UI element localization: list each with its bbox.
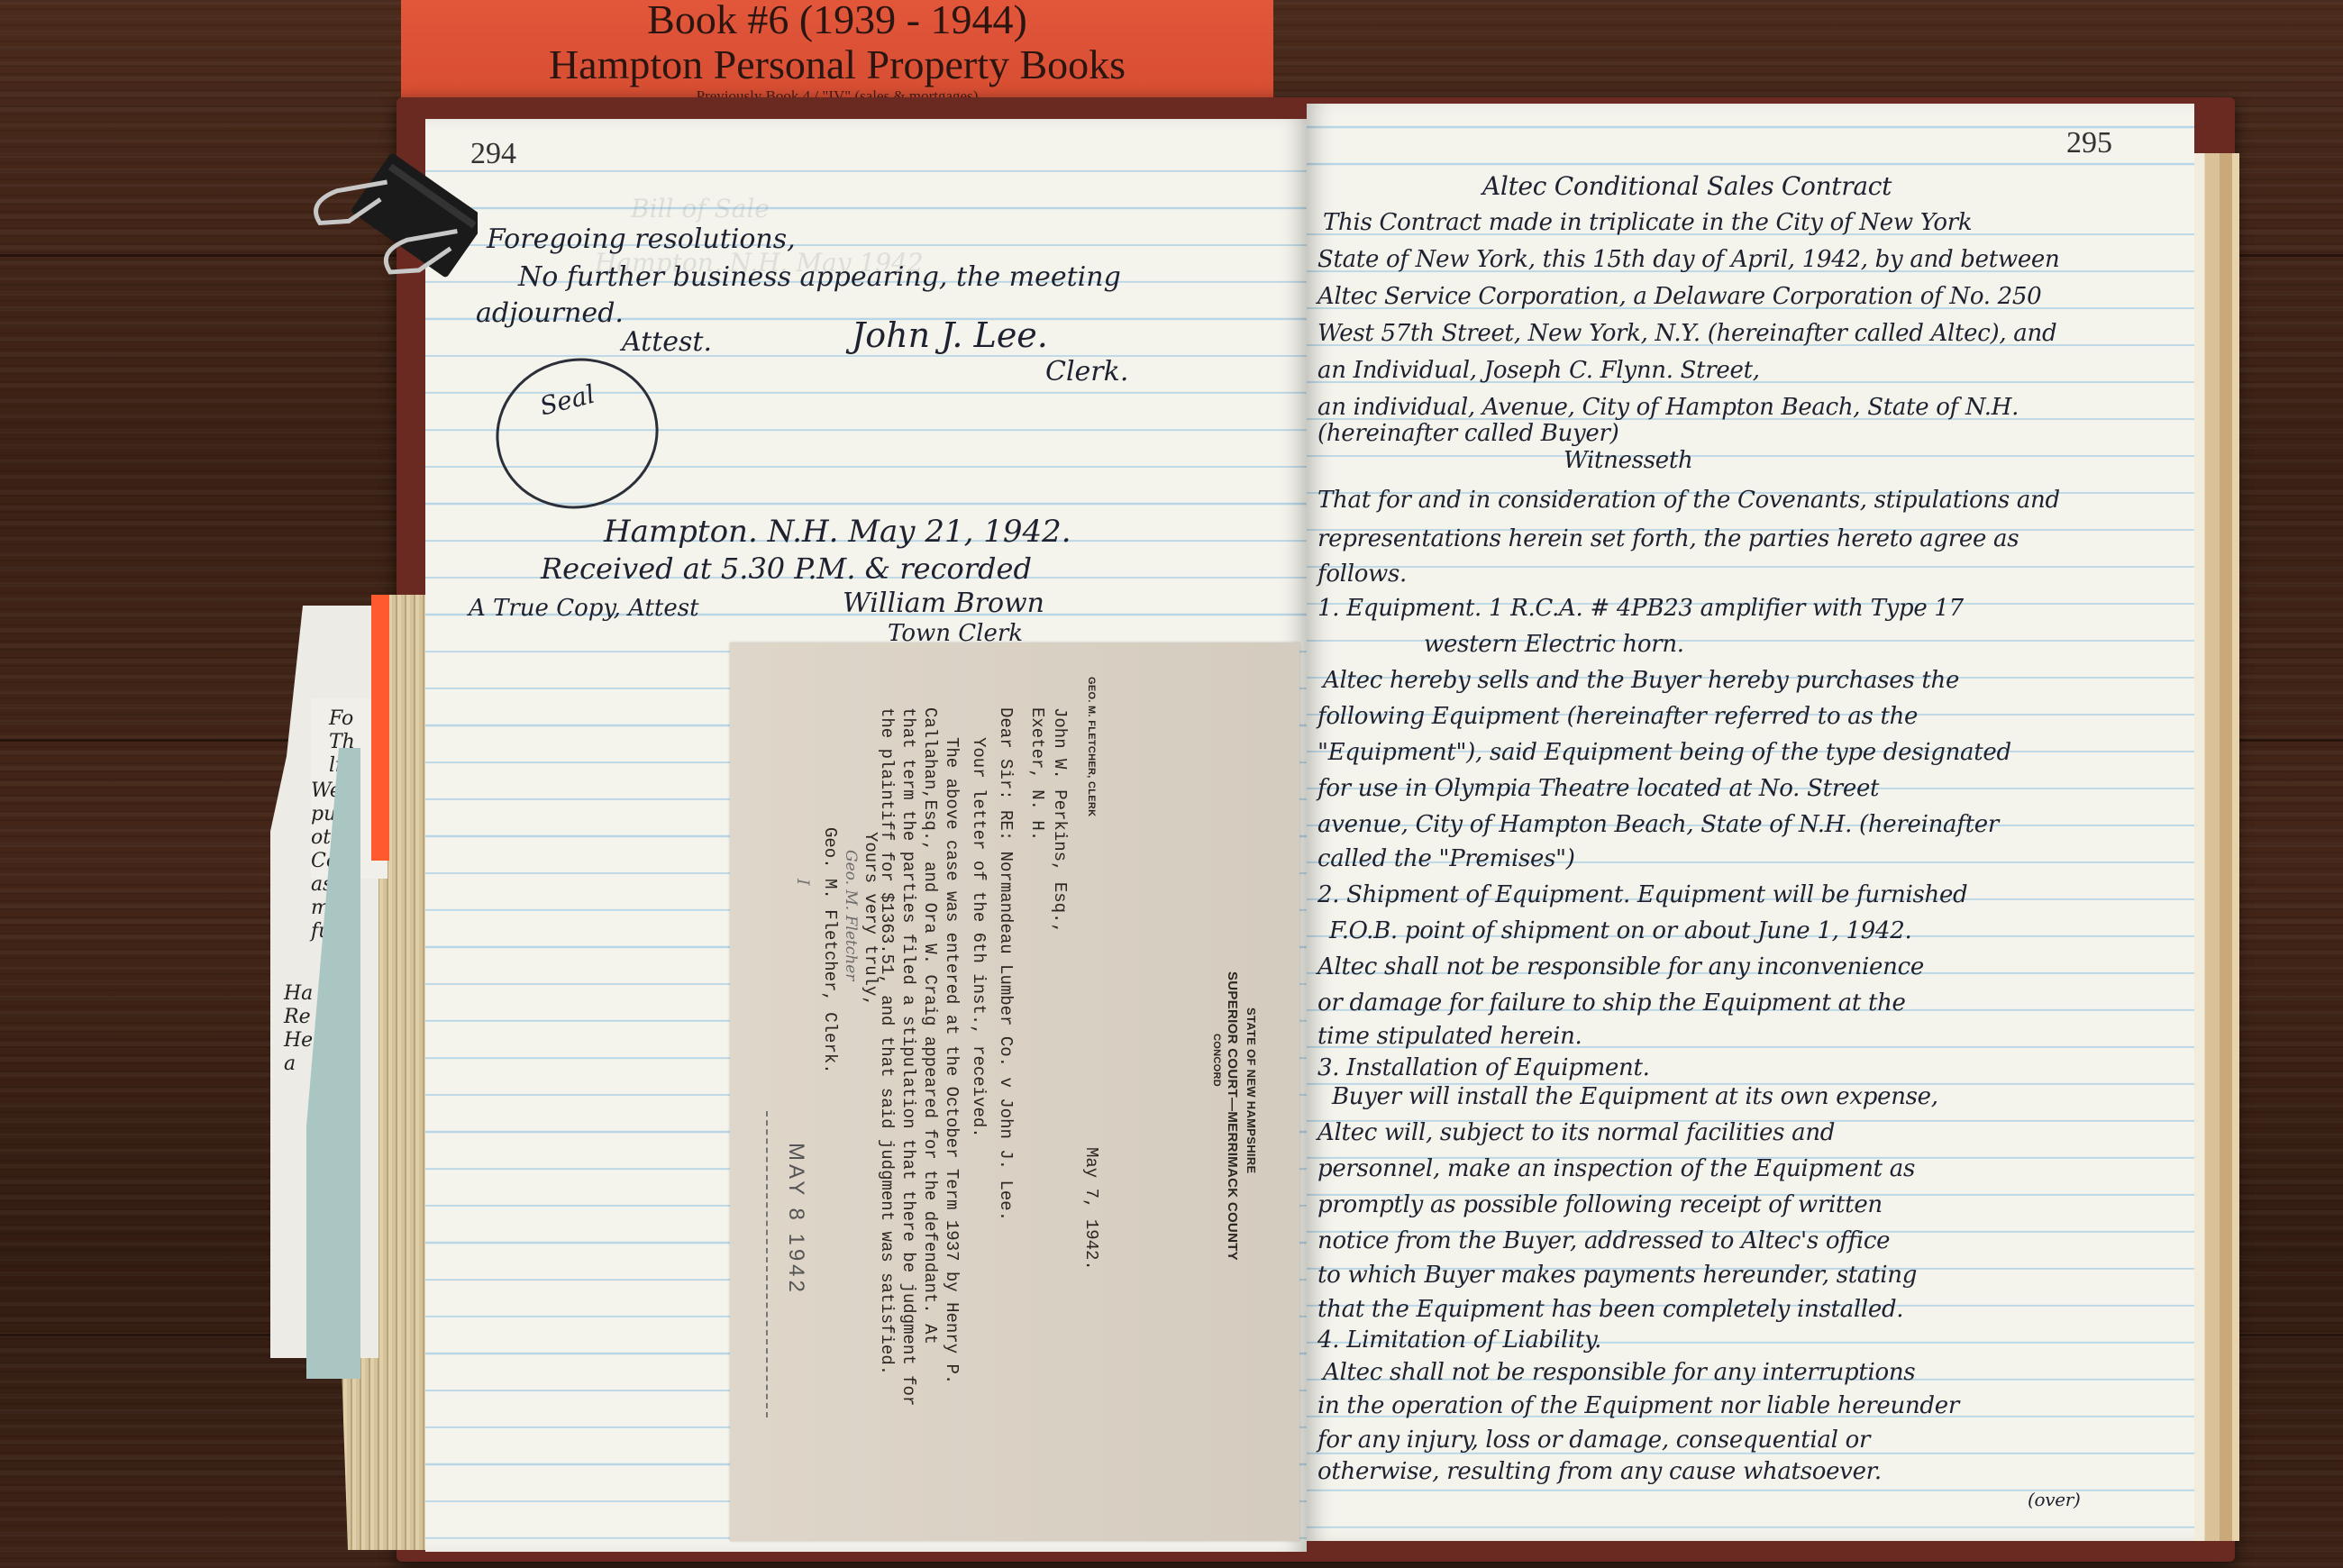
- contract-line: an individual, Avenue, City of Hampton B…: [1317, 394, 2019, 421]
- contract-line: Altec hereby sells and the Buyer hereby …: [1323, 667, 1959, 694]
- contract-line: "Equipment"), said Equipment being of th…: [1317, 739, 2011, 766]
- contract-line: avenue, City of Hampton Beach, State of …: [1317, 811, 1999, 838]
- clerk-signature: John J. Lee.: [852, 315, 1048, 355]
- recording-signature: William Brown: [843, 588, 1044, 619]
- contract-line: personnel, make an inspection of the Equ…: [1317, 1155, 1915, 1182]
- contract-line: West 57th Street, New York, N.Y. (herein…: [1317, 320, 2056, 347]
- contract-line: otherwise, resulting from any cause what…: [1317, 1458, 1882, 1485]
- letter-initial: I: [793, 879, 813, 886]
- handwritten-line: Foregoing resolutions,: [487, 223, 796, 255]
- contract-line: (hereinafter called Buyer): [1317, 420, 1619, 447]
- page-edges-right: [2190, 153, 2239, 1541]
- typed-court-letter: STATE OF NEW HAMPSHIRE SUPERIOR COURT—ME…: [730, 643, 1299, 1541]
- handwritten-line: Attest.: [622, 326, 712, 358]
- letter-body-line: The above case was entered at the Octobe…: [942, 737, 962, 1384]
- contract-section-installation: 3. Installation of Equipment.: [1317, 1054, 1650, 1081]
- recording-line: A True Copy, Attest: [469, 595, 699, 622]
- contract-title: Altec Conditional Sales Contract: [1482, 171, 1892, 201]
- page-number-right: 295: [2066, 126, 2112, 160]
- letter-body-line: that term the parties filed a stipulatio…: [898, 707, 918, 1406]
- contract-line: following Equipment (hereinafter referre…: [1317, 703, 1918, 730]
- orange-divider-strip: [371, 595, 389, 861]
- contract-line: to which Buyer makes payments hereunder,…: [1317, 1262, 1917, 1289]
- contract-line: Altec will, subject to its normal facili…: [1317, 1119, 1835, 1146]
- letter-body-line: Your letter of the 6th inst., received.: [969, 737, 989, 1138]
- letter-body-line: the plaintiff for $1363.51, and that sai…: [877, 707, 897, 1375]
- contract-section-liability: 4. Limitation of Liability.: [1317, 1326, 1601, 1354]
- seal-text: Seal: [537, 379, 598, 422]
- contract-line: that the Equipment has been completely i…: [1317, 1296, 1903, 1323]
- letter-address: Exeter, N. H.: [1027, 707, 1047, 841]
- contract-line: follows.: [1317, 561, 1407, 588]
- contract-line: notice from the Buyer, addressed to Alte…: [1317, 1227, 1890, 1254]
- letter-header-city: CONCORD: [1211, 1034, 1222, 1087]
- contract-line: Buyer will install the Equipment at its …: [1332, 1083, 1938, 1110]
- handwritten-line: No further business appearing, the meeti…: [518, 261, 1121, 293]
- letter-salutation: Dear Sir: RE: Normandeau Lumber Co. v Jo…: [996, 707, 1016, 1221]
- recording-line: Hampton. N.H. May 21, 1942.: [604, 514, 1071, 550]
- letter-addressee: John W. Perkins, Esq.,: [1050, 707, 1070, 934]
- letter-clerk-line: GEO. M. FLETCHER, CLERK: [1086, 677, 1097, 816]
- letter-header-court: SUPERIOR COURT—MERRIMACK COUNTY: [1225, 971, 1240, 1261]
- contract-section-shipment: 2. Shipment of Equipment. Equipment will…: [1317, 881, 1967, 908]
- contract-line: State of New York, this 15th day of Apri…: [1317, 246, 2059, 273]
- received-date-stamp: MAY 8 1942: [783, 1143, 808, 1296]
- letter-signature-typed: Geo. M. Fletcher, Clerk.: [820, 827, 840, 1074]
- contract-line: F.O.B. point of shipment on or about Jun…: [1329, 917, 1911, 944]
- contract-line: Altec shall not be responsible for any i…: [1323, 1359, 1915, 1386]
- contract-witnesseth: Witnesseth: [1564, 447, 1692, 474]
- handwritten-line: adjourned.: [476, 297, 624, 329]
- contract-line: representations herein set forth, the pa…: [1317, 525, 2019, 552]
- contract-section-equipment: 1. Equipment. 1 R.C.A. # 4PB23 amplifier…: [1317, 595, 1964, 622]
- contract-line: That for and in consideration of the Cov…: [1317, 487, 2060, 514]
- contract-line: Altec Service Corporation, a Delaware Co…: [1317, 283, 2041, 310]
- contract-line: western Electric horn.: [1424, 631, 1684, 658]
- letter-body-line: Callahan,Esq., and Ora W. Craig appeared…: [920, 707, 940, 1345]
- contract-line: called the "Premises"): [1317, 845, 1575, 872]
- label-book-number: Book #6 (1939 - 1944): [401, 0, 1273, 41]
- contract-line: in the operation of the Equipment nor li…: [1317, 1392, 1959, 1419]
- letter-date: May 7, 1942.: [1081, 1147, 1101, 1271]
- recording-line: Received at 5.30 P.M. & recorded: [541, 552, 1032, 586]
- letter-content: STATE OF NEW HAMPSHIRE SUPERIOR COURT—ME…: [730, 643, 1299, 1541]
- continued-mark: (over): [2028, 1489, 2081, 1510]
- letter-signature: Geo. M. Fletcher: [842, 850, 860, 980]
- contract-line: time stipulated herein.: [1317, 1023, 1582, 1050]
- contract-line: This Contract made in triplicate in the …: [1323, 209, 1972, 236]
- contract-line: for use in Olympia Theatre located at No…: [1317, 775, 1879, 802]
- clerk-title: Clerk.: [1045, 356, 1128, 387]
- label-book-title: Hampton Personal Property Books: [401, 41, 1273, 88]
- stamp-border-line: [766, 1111, 768, 1418]
- contract-line: promptly as possible following receipt o…: [1317, 1191, 1883, 1218]
- contract-line: or damage for failure to ship the Equipm…: [1317, 989, 1906, 1016]
- contract-line: for any injury, loss or damage, conseque…: [1317, 1427, 1870, 1454]
- letter-closing: Yours very truly,: [861, 832, 880, 1007]
- contract-line: Altec shall not be responsible for any i…: [1317, 953, 1924, 980]
- binder-clip-icon: [279, 135, 478, 306]
- note-slip-text: Ha Re He a: [284, 982, 313, 1076]
- letter-header-state: STATE OF NEW HAMPSHIRE: [1244, 1007, 1258, 1174]
- bleed-through-text: Bill of Sale: [631, 194, 770, 223]
- contract-line: an Individual, Joseph C. Flynn. Street,: [1317, 357, 1760, 384]
